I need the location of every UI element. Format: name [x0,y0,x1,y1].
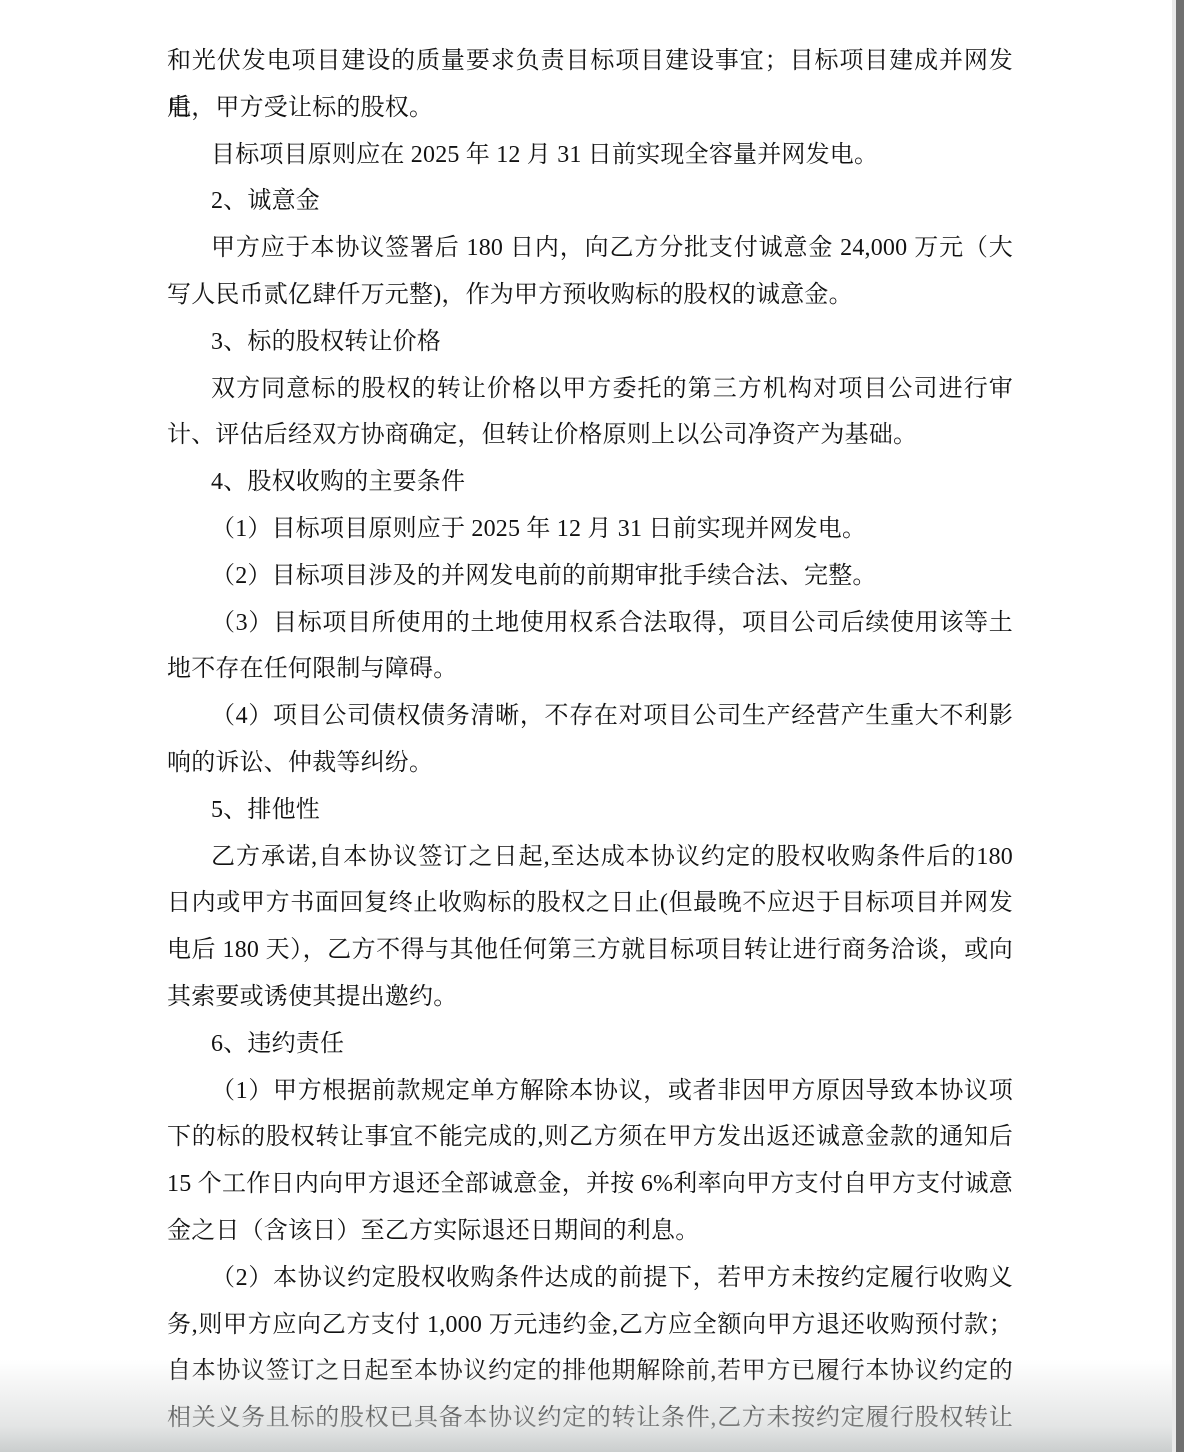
scrollbar-thumb[interactable] [1176,0,1184,1452]
document-page: 和光伏发电项目建设的质量要求负责目标项目建设事宜；目标项目建成并网发电后，甲方受… [167,38,1013,1442]
text-line: （4）项目公司债权债务清晰，不存在对项目公司生产经营产生重大不利影 [167,693,1013,740]
text-line: 电后 180 天），乙方不得与其他任何第三方就目标项目转让进行商务洽谈，或向 [167,927,1013,974]
text-line: 计、评估后经双方协商确定，但转让价格原则上以公司净资产为基础。 [167,412,1013,459]
text-line: 4、股权收购的主要条件 [167,459,1013,506]
text-line: （2）本协议约定股权收购条件达成的前提下，若甲方未按约定履行收购义 [167,1255,1013,1302]
text-line: 双方同意标的股权的转让价格以甲方委托的第三方机构对项目公司进行审 [167,366,1013,413]
text-line: 乙方承诺,自本协议签订之日起,至达成本协议约定的股权收购条件后的180 [167,834,1013,881]
text-line: 日内或甲方书面回复终止收购标的股权之日止(但最晚不应迟于目标项目并网发 [167,880,1013,927]
text-line: 后，甲方受让标的股权。 [167,85,1013,132]
text-line: 自本协议签订之日起至本协议约定的排他期解除前,若甲方已履行本协议约定的 [167,1348,1013,1395]
text-line: 其索要或诱使其提出邀约。 [167,974,1013,1021]
text-line: 地不存在任何限制与障碍。 [167,646,1013,693]
text-line: 写人民币贰亿肆仟万元整)，作为甲方预收购标的股权的诚意金。 [167,272,1013,319]
text-line: 务,则甲方应向乙方支付 1,000 万元违约金,乙方应全额向甲方退还收购预付款； [167,1302,1013,1349]
text-line: 15 个工作日内向甲方退还全部诚意金，并按 6%利率向甲方支付自甲方支付诚意 [167,1161,1013,1208]
text-line: 2、诚意金 [167,178,1013,225]
text-line: 响的诉讼、仲裁等纠纷。 [167,740,1013,787]
text-line: 5、排他性 [167,787,1013,834]
text-line: （2）目标项目涉及的并网发电前的前期审批手续合法、完整。 [167,553,1013,600]
text-line: 下的标的股权转让事宜不能完成的,则乙方须在甲方发出返还诚意金款的通知后 [167,1114,1013,1161]
text-line: （1）目标项目原则应于 2025 年 12 月 31 日前实现并网发电。 [167,506,1013,553]
text-line: 甲方应于本协议签署后 180 日内，向乙方分批支付诚意金 24,000 万元（大 [167,225,1013,272]
text-line: 3、标的股权转让价格 [167,319,1013,366]
text-line: （1）甲方根据前款规定单方解除本协议，或者非因甲方原因导致本协议项 [167,1068,1013,1115]
text-line: 和光伏发电项目建设的质量要求负责目标项目建设事宜；目标项目建成并网发电 [167,38,1013,85]
text-line: 相关义务且标的股权已具备本协议约定的转让条件,乙方未按约定履行股权转让 [167,1395,1013,1442]
text-line: 目标项目原则应在 2025 年 12 月 31 日前实现全容量并网发电。 [167,132,1013,179]
text-line: 金之日（含该日）至乙方实际退还日期间的利息。 [167,1208,1013,1255]
text-line: 6、违约责任 [167,1021,1013,1068]
text-line: （3）目标项目所使用的土地使用权系合法取得，项目公司后续使用该等土 [167,600,1013,647]
